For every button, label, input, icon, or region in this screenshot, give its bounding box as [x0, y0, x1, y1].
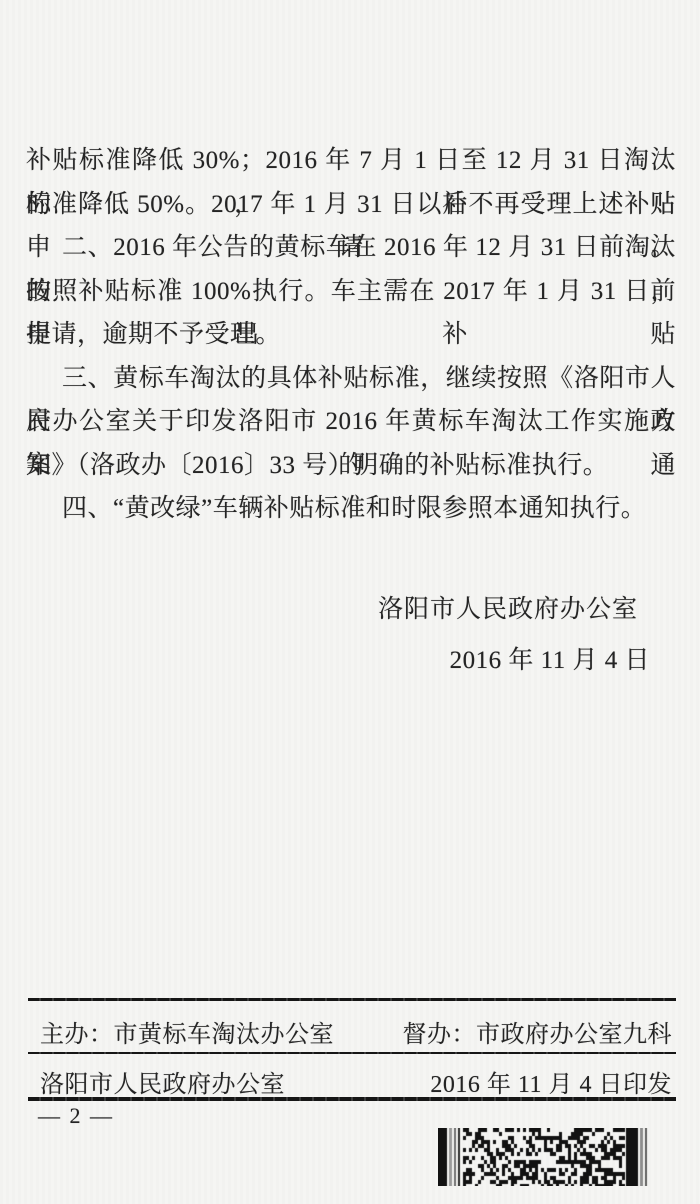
footer-row-issuer: 洛阳市人民政府办公室 2016 年 11 月 4 日印发 [28, 1064, 676, 1099]
footer-row-sponsor: 主办：市黄标车淘汰办公室 督办：市政府办公室九科 [28, 1014, 676, 1049]
body-line: 四、“黄改绿”车辆补贴标准和时限参照本通知执行。 [26, 487, 676, 531]
body-line: 二、2016 年公告的黄标车在 2016 年 12 月 31 日前淘汰的， [26, 226, 676, 270]
footer-divider-top [28, 998, 676, 1001]
footer-issuer: 洛阳市人民政府办公室 [28, 1064, 285, 1099]
signature-org: 洛阳市人民政府办公室 [378, 589, 638, 625]
body-text: 补贴标准降低 30%；2016 年 7 月 1 日至 12 月 31 日淘汰的，… [26, 139, 676, 531]
signature-date: 2016 年 11 月 4 日 [450, 640, 650, 676]
page-number: — 2 — [38, 1103, 114, 1129]
footer-divider-bottom [28, 1097, 676, 1101]
body-line: 知》（洛政办〔2016〕33 号）明确的补贴标准执行。 [26, 444, 676, 488]
footer-sponsor: 主办：市黄标车淘汰办公室 [28, 1014, 334, 1049]
pdf417-barcode [438, 1128, 650, 1186]
body-line: 府办公室关于印发洛阳市 2016 年黄标车淘汰工作实施方案的通 [26, 400, 676, 444]
footer-divider-middle [28, 1052, 676, 1054]
body-line: 按照补贴标准 100%执行。车主需在 2017 年 1 月 31 日前提出补贴 [26, 270, 676, 314]
document-page: 补贴标准降低 30%；2016 年 7 月 1 日至 12 月 31 日淘汰的，… [0, 0, 700, 1204]
body-line: 标准降低 50%。2017 年 1 月 31 日以后不再受理上述补贴申请。 [26, 183, 676, 227]
body-line: 补贴标准降低 30%；2016 年 7 月 1 日至 12 月 31 日淘汰的，… [26, 139, 676, 183]
footer-print-date: 2016 年 11 月 4 日印发 [430, 1064, 676, 1099]
body-line: 三、黄标车淘汰的具体补贴标准，继续按照《洛阳市人民政 [26, 357, 676, 401]
footer-supervisor: 督办：市政府办公室九科 [403, 1014, 677, 1049]
barcode-canvas [438, 1128, 650, 1186]
